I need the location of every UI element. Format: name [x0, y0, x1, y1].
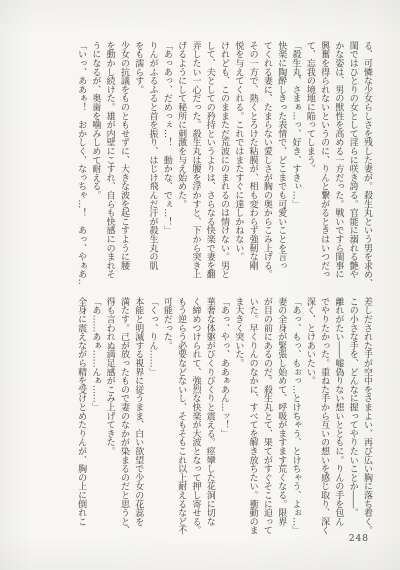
text-line: 深く、とけあいたい。	[303, 297, 317, 548]
text-line: をも濡らす。	[131, 41, 145, 284]
text-line: でやりたかった。重ねた手から互いの想いを感じ取り、深く	[317, 297, 331, 548]
text-line: 全身に震えながら精を受けとめたりんが、胸の上に倒れこ	[74, 297, 88, 548]
text-line: 快楽に陶酔しきった表情で、どこまでも可愛いことを言っ	[274, 41, 288, 284]
text-line: その一方で、熱くとろけた粘膜が、相も変わらず強靭な剛	[245, 41, 259, 284]
text-line: 「あっ、やっ、ああぁあん…ッ！」	[217, 297, 231, 548]
text-line: く締めつけられて、強烈な快楽が大波となって押し寄せる。	[188, 297, 202, 548]
text-line: りんがふるふると首を振り、はじけ飛んだ汗が殺生丸の肌	[145, 41, 159, 284]
text-line: 差しだされた手が空中をさまよい、再び広い胸に落ち着く。	[360, 297, 374, 548]
text-line: 興奮を得られないというのに、りんと繋がるときはいつだっ	[317, 41, 331, 284]
text-line: を動かし続けた。雄が内壁にこすれ、自らも快感にのまれそ	[102, 41, 116, 284]
text-line: もう逆らう必要などないし、そもそもこれ以上耐えるなど不	[174, 297, 188, 548]
text-line: 「いっ、ああぁ！ おかしく、なっちゃ…！ あっ、やぁあ…っ」	[74, 41, 88, 284]
text-line: る、可憐な少女らしさを残した妻が。殺生丸という男を求め、	[360, 41, 374, 284]
text-line: 離れがたい――嘘偽りない想いとともに。りんの手を包ん	[331, 297, 345, 548]
text-line: てくれる妻に、たまらない愛しさが胸の奥からこみ上げる。	[260, 41, 274, 284]
text-line: 「あっあっ、だめっぇ…！ 動かな、でぇ…！」	[160, 41, 174, 284]
text-line: 「くっ、りん……」	[145, 297, 159, 548]
text-line: 悦を与えてくれる。これではまたすぐに達しかねない。	[231, 41, 245, 284]
text-line: 可能だった。	[160, 297, 174, 548]
text-line: けれども、このままただ荒波にのまれるのは情けない。男と	[217, 41, 231, 284]
text-line: 得も言われぬ満足感がこみ上げてきた。	[102, 297, 116, 548]
page-number: 248	[349, 534, 369, 544]
text-line: いた。早くりんのなかに、すべてを解き放ちたい。衝動のま	[245, 297, 259, 548]
text-line: 閨ではひとりの女として淫らに咲き誇る。官能に溺れる艶や	[345, 41, 359, 284]
bottom-text-block: 差しだされた手が空中をさまよい、再び広い胸に落ち着く。この小さな手を、どんなに握…	[62, 297, 374, 548]
text-line: が目の前にあるのだ。殺生丸とて、果てがすぐそこに迫って	[260, 297, 274, 548]
top-text-block: る、可憐な少女らしさを残した妻が。殺生丸という男を求め、閨ではひとりの女として淫…	[62, 41, 374, 284]
text-line: 「あっ、もっ、もぉっ…とけちゃう、とけちゃう、よぉ…」	[288, 297, 302, 548]
text-line: て、忘我の境地に陥ってしまう。	[303, 41, 317, 284]
text-line: 「あ……あぁ……んぁ……」	[88, 297, 102, 548]
text-line: 満たす。己が放ったもので妻のなかが染まるのだと思うと、	[117, 297, 131, 548]
text-line: 妻の全身が緊張し始めて、呼吸がますます荒くなる。限界	[274, 297, 288, 548]
text-line: 本能と明滅する視界に従うまま、白い欲望で少女の花蕊を	[131, 297, 145, 548]
text-line: 華奢な体躯がびくりびくりと震える。痙攣した花洞に切な	[202, 297, 216, 548]
text-line: この小さな手を、どんなに握ってやりたいことか――。	[345, 297, 359, 548]
text-line: かな姿は、男の獣性を高める一方だった。戦いですら閨事に	[331, 41, 345, 284]
text-line: うになるが、奥歯を噛みしめて耐える。	[88, 41, 102, 284]
text-line: 「殺生丸、さまぁ…っ、好き、すきぃ…」	[288, 41, 302, 284]
text-line: 少女の抗議をものともせずに、大きな波を起こすように腰	[117, 41, 131, 284]
text-line: ま大きく突いた。	[231, 297, 245, 548]
text-line: して、夫としての矜持というよりは、さらなる快楽で妻を翻	[202, 41, 216, 284]
book-page: る、可憐な少女らしさを残した妻が。殺生丸という男を求め、閨ではひとりの女として淫…	[0, 0, 400, 570]
text-line: げるようにして秘所に刺激を与え始めた。	[174, 41, 188, 284]
text-line: 弄したい一心だった。殺生丸は腰を浮かすと、下から突き上	[188, 41, 202, 284]
